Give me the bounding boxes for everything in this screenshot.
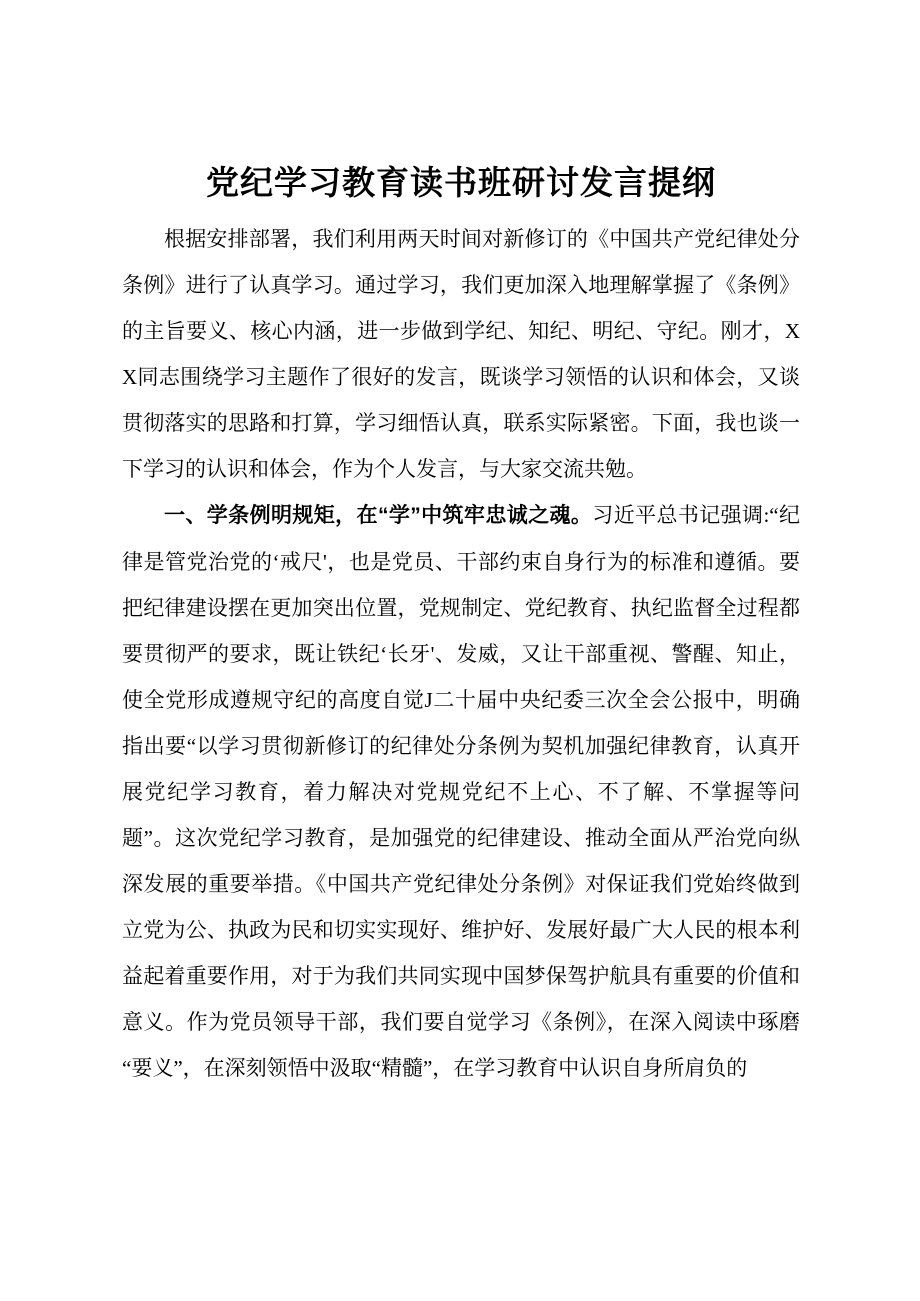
document-title: 党纪学习教育读书班研讨发言提纲 bbox=[122, 162, 800, 204]
paragraph-text: 习近平总书记强调:“纪律是管党治党的‘戒尺'，也是党员、干部约束自身行为的标准和… bbox=[122, 503, 800, 1080]
paragraph: 一、学条例明规矩，在“学”中筑牢忠诚之魂。习近平总书记强调:“纪律是管党治党的‘… bbox=[122, 492, 800, 1091]
document-page: 党纪学习教育读书班研讨发言提纲 根据安排部署，我们利用两天时间对新修订的《中国共… bbox=[0, 0, 920, 1301]
paragraph: 根据安排部署，我们利用两天时间对新修订的《中国共产党纪律处分条例》进行了认真学习… bbox=[122, 216, 800, 492]
document-body: 根据安排部署，我们利用两天时间对新修订的《中国共产党纪律处分条例》进行了认真学习… bbox=[122, 216, 800, 1091]
paragraph-lead-bold: 一、学条例明规矩，在“学”中筑牢忠诚之魂。 bbox=[164, 504, 592, 527]
paragraph-text: 根据安排部署，我们利用两天时间对新修订的《中国共产党纪律处分条例》进行了认真学习… bbox=[122, 227, 800, 481]
